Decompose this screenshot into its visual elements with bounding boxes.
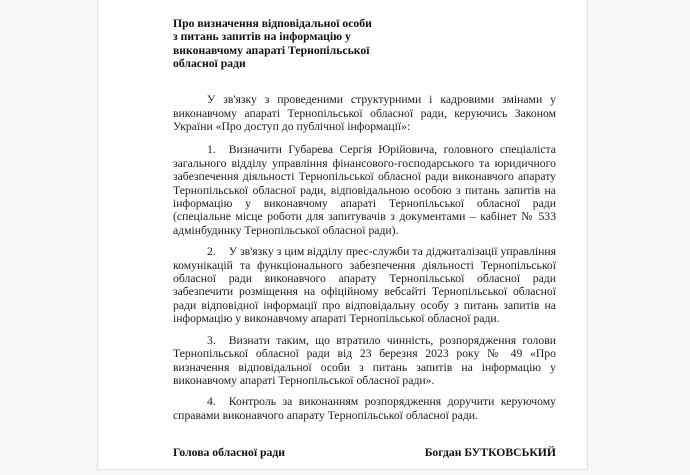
document-content: Про визначення відповідальної особи з пи… (173, 17, 556, 460)
item-text: Визнати таким, що втратило чинність, роз… (173, 334, 556, 387)
document-page: Про визначення відповідальної особи з пи… (97, 0, 588, 470)
signature-role: Голова обласної ради (173, 446, 285, 459)
signature-row: Голова обласної ради Богдан БУТКОВСЬКИЙ (173, 446, 556, 459)
page-background: Про визначення відповідальної особи з пи… (0, 0, 690, 475)
item-text: Контроль за виконанням розпорядження дор… (173, 395, 556, 421)
item-text: У зв'язку з цим відділу прес-служби та д… (173, 245, 556, 325)
order-item-4: 4.Контроль за виконанням розпорядження д… (173, 395, 556, 422)
item-number: 1. (207, 143, 216, 156)
order-item-2: 2.У зв'язку з цим відділу прес-служби та… (173, 245, 556, 325)
document-title: Про визначення відповідальної особи з пи… (173, 17, 556, 70)
item-number: 3. (207, 334, 216, 347)
item-text: Визначити Губарева Сергія Юрійовича, гол… (173, 143, 556, 236)
item-number: 2. (207, 245, 216, 258)
item-number: 4. (207, 395, 216, 408)
order-item-1: 1.Визначити Губарева Сергія Юрійовича, г… (173, 143, 556, 237)
order-item-3: 3.Визнати таким, що втратило чинність, р… (173, 334, 556, 388)
signature-name: Богдан БУТКОВСЬКИЙ (425, 446, 556, 459)
intro-paragraph: У зв'язку з проведеними структурними і к… (173, 93, 556, 133)
